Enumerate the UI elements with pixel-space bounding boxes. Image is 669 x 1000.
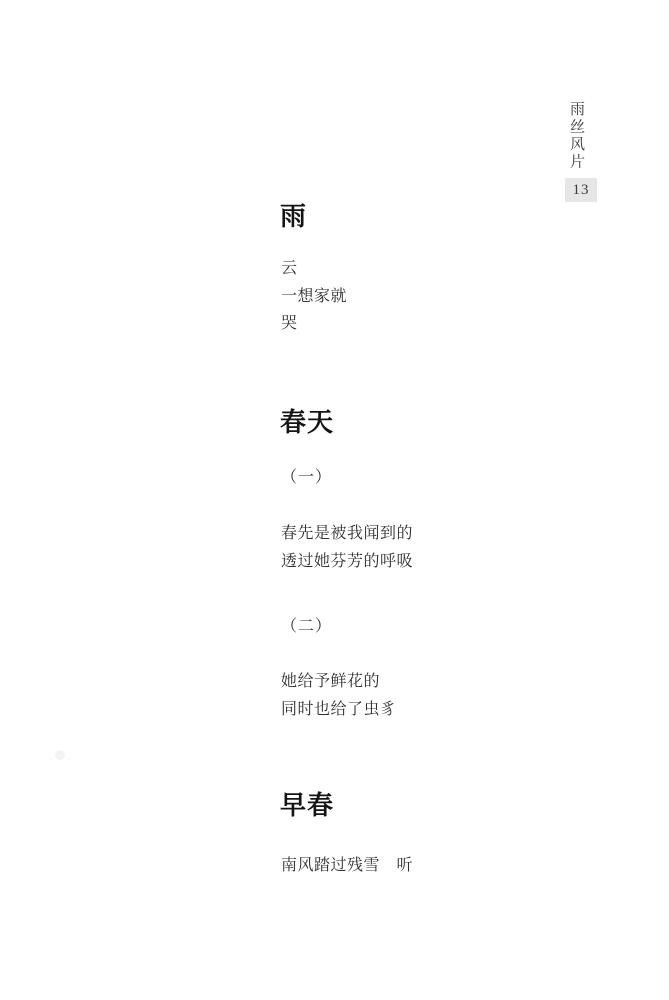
poem-line: 云 bbox=[281, 255, 347, 283]
poem-line: 一想家就 bbox=[281, 283, 347, 311]
poem-line: 透过她芬芳的呼吸 bbox=[281, 548, 413, 576]
poem-line: 南风踏过残雪 听 bbox=[281, 852, 413, 880]
running-head-vertical-title: 雨丝风片 bbox=[567, 101, 584, 171]
page-number: 13 bbox=[573, 182, 590, 199]
book-page: 雨丝风片 13 雨 云 一想家就 哭 春天 （一） 春先是被我闻到的 透过她芬芳… bbox=[0, 0, 669, 1000]
poem-line: 哭 bbox=[281, 310, 347, 338]
poem-line: 同时也给了虫豸 bbox=[281, 696, 397, 724]
poem-line: 春先是被我闻到的 bbox=[281, 520, 413, 548]
poem-line: 她给予鲜花的 bbox=[281, 668, 397, 696]
poem-early-spring-stanza: 南风踏过残雪 听 bbox=[281, 852, 413, 880]
poem-title-early-spring: 早春 bbox=[280, 791, 334, 821]
poem-section-label-one: （一） bbox=[281, 470, 332, 486]
scan-artifact bbox=[55, 750, 65, 760]
poem-spring-stanza-two: 她给予鲜花的 同时也给了虫豸 bbox=[281, 668, 397, 724]
poem-title-spring: 春天 bbox=[280, 408, 334, 438]
poem-spring-stanza-one: 春先是被我闻到的 透过她芬芳的呼吸 bbox=[281, 520, 413, 576]
page-number-badge: 13 bbox=[565, 178, 597, 202]
poem-title-rain: 雨 bbox=[280, 202, 307, 232]
poem-rain-stanza: 云 一想家就 哭 bbox=[281, 255, 347, 338]
poem-section-label-two: （二） bbox=[281, 619, 332, 635]
